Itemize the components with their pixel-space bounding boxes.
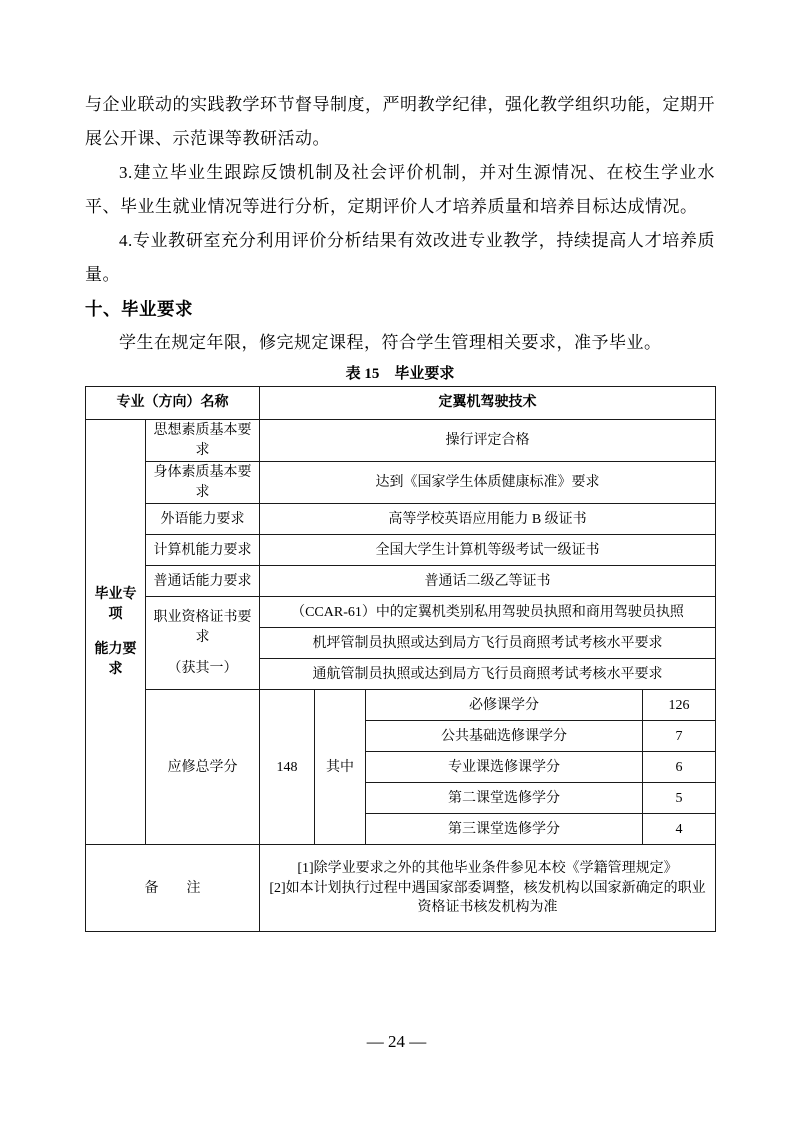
table-row: 计算机能力要求 全国大学生计算机等级考试一级证书 xyxy=(86,535,716,566)
remark-row: 备 注 [1]除学业要求之外的其他毕业条件参见本校《学籍管理规定》 [2]如本计… xyxy=(86,845,716,932)
requirement-value: 普通话二级乙等证书 xyxy=(260,566,716,597)
license-requirement-label: 职业资格证书要求 （获其一） xyxy=(146,597,260,690)
group-label-line1: 毕业专项 xyxy=(89,585,142,624)
table-caption: 表 15 毕业要求 xyxy=(85,366,715,382)
body-paragraph-continuation: 与企业联动的实践教学环节督导制度，严明教学纪律，强化教学组织功能，定期开展公开课… xyxy=(85,88,715,156)
table-header-right: 定翼机驾驶技术 xyxy=(260,387,716,420)
credit-item-label: 第三课堂选修学分 xyxy=(366,814,643,845)
requirement-value: 高等学校英语应用能力 B 级证书 xyxy=(260,504,716,535)
total-credits-value: 148 xyxy=(260,690,315,845)
credit-item-label: 第二课堂选修学分 xyxy=(366,783,643,814)
credit-item-value: 7 xyxy=(643,721,716,752)
graduation-requirements-table: 专业（方向）名称 定翼机驾驶技术 毕业专项 能力要求 思想素质基本要求 操行评定… xyxy=(85,386,716,932)
table-row: 外语能力要求 高等学校英语应用能力 B 级证书 xyxy=(86,504,716,535)
credit-item-value: 6 xyxy=(643,752,716,783)
requirement-label: 身体素质基本要求 xyxy=(146,462,260,504)
requirement-value: 全国大学生计算机等级考试一级证书 xyxy=(260,535,716,566)
page-content: 与企业联动的实践教学环节督导制度，严明教学纪律，强化教学组织功能，定期开展公开课… xyxy=(85,88,715,932)
document-page: 与企业联动的实践教学环节督导制度，严明教学纪律，强化教学组织功能，定期开展公开课… xyxy=(0,0,793,1122)
table-row: 应修总学分 148 其中 必修课学分 126 xyxy=(86,690,716,721)
section-intro-paragraph: 学生在规定年限，修完规定课程，符合学生管理相关要求，准予毕业。 xyxy=(85,326,715,360)
body-paragraph-3: 3.建立毕业生跟踪反馈机制及社会评价机制，并对生源情况、在校生学业水平、毕业生就… xyxy=(85,156,715,224)
requirement-value: 操行评定合格 xyxy=(260,420,716,462)
total-credits-label: 应修总学分 xyxy=(146,690,260,845)
credit-item-value: 126 xyxy=(643,690,716,721)
requirement-label: 普通话能力要求 xyxy=(146,566,260,597)
license-option: 通航管制员执照或达到局方飞行员商照考试考核水平要求 xyxy=(260,659,716,690)
license-option: （CCAR-61）中的定翼机类别私用驾驶员执照和商用驾驶员执照 xyxy=(260,597,716,628)
table-row: 毕业专项 能力要求 思想素质基本要求 操行评定合格 xyxy=(86,420,716,462)
table-row: 普通话能力要求 普通话二级乙等证书 xyxy=(86,566,716,597)
requirement-label: 外语能力要求 xyxy=(146,504,260,535)
table-row: 职业资格证书要求 （获其一） （CCAR-61）中的定翼机类别私用驾驶员执照和商… xyxy=(86,597,716,628)
credit-item-label: 公共基础选修课学分 xyxy=(366,721,643,752)
credit-item-value: 4 xyxy=(643,814,716,845)
among-label: 其中 xyxy=(315,690,366,845)
remark-text: [1]除学业要求之外的其他毕业条件参见本校《学籍管理规定》 [2]如本计划执行过… xyxy=(260,845,716,932)
row-group-label: 毕业专项 能力要求 xyxy=(86,420,146,845)
credit-item-value: 5 xyxy=(643,783,716,814)
requirement-label: 思想素质基本要求 xyxy=(146,420,260,462)
table-row: 身体素质基本要求 达到《国家学生体质健康标准》要求 xyxy=(86,462,716,504)
requirement-value: 达到《国家学生体质健康标准》要求 xyxy=(260,462,716,504)
table-header-row: 专业（方向）名称 定翼机驾驶技术 xyxy=(86,387,716,420)
table-header-left: 专业（方向）名称 xyxy=(86,387,260,420)
page-number: — 24 — xyxy=(0,1032,793,1052)
license-label-line1: 职业资格证书要求 xyxy=(149,608,256,647)
requirement-label: 计算机能力要求 xyxy=(146,535,260,566)
body-paragraph-4: 4.专业教研室充分利用评价分析结果有效改进专业教学，持续提高人才培养质量。 xyxy=(85,224,715,292)
credit-item-label: 专业课选修课学分 xyxy=(366,752,643,783)
section-heading: 十、毕业要求 xyxy=(85,292,715,326)
remark-line-2: [2]如本计划执行过程中遇国家部委调整，核发机构以国家新确定的职业资格证书核发机… xyxy=(263,879,712,918)
credit-item-label: 必修课学分 xyxy=(366,690,643,721)
license-option: 机坪管制员执照或达到局方飞行员商照考试考核水平要求 xyxy=(260,628,716,659)
license-label-line2: （获其一） xyxy=(149,659,256,679)
group-label-line2: 能力要求 xyxy=(89,640,142,679)
remark-label: 备 注 xyxy=(86,845,260,932)
remark-line-1: [1]除学业要求之外的其他毕业条件参见本校《学籍管理规定》 xyxy=(263,859,712,879)
